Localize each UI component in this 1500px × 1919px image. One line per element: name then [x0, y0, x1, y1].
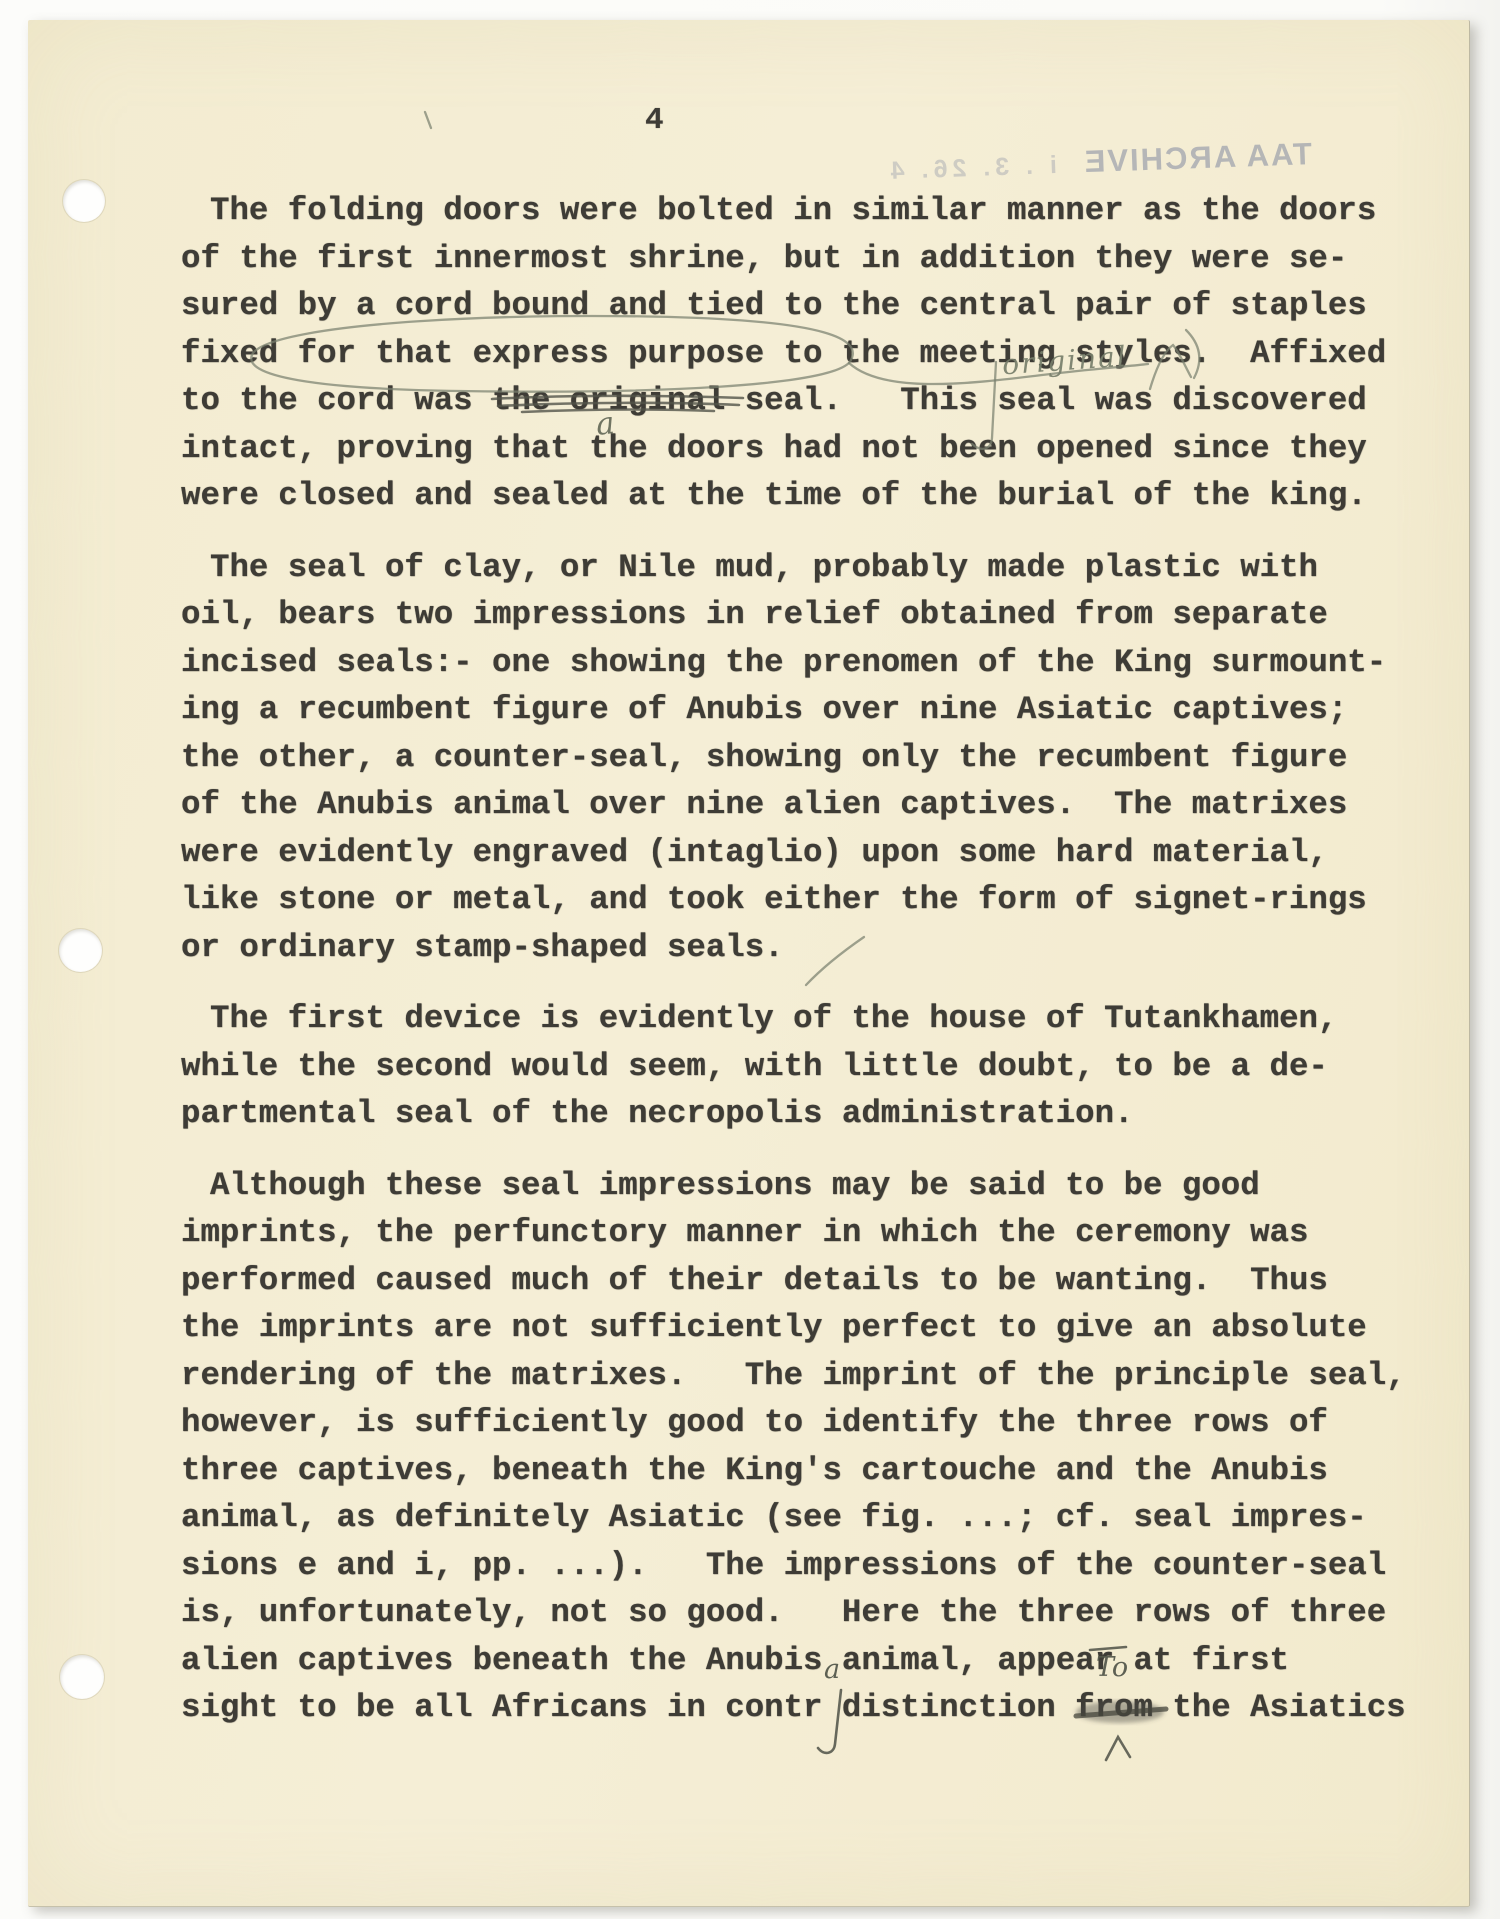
text-line: or ordinary stamp-shaped seals. [181, 924, 1406, 972]
text-line: were evidently engraved (intaglio) upon … [181, 829, 1406, 877]
text-line: incised seals:- one showing the prenomen… [181, 639, 1406, 687]
text-line: performed caused much of their details t… [181, 1257, 1406, 1305]
stamp-number: i . 3. 26. 4 [885, 151, 1057, 185]
stamp-archive-text: TAA ARCHIVE [1082, 136, 1312, 179]
text-line: ing a recumbent figure of Anubis over ni… [181, 686, 1406, 734]
text-line: Although these seal impressions may be s… [181, 1162, 1406, 1210]
text-line: while the second would seem, with little… [181, 1043, 1406, 1091]
text-line: rendering of the matrixes. The imprint o… [181, 1352, 1406, 1400]
text-line: The seal of clay, or Nile mud, probably … [181, 544, 1406, 592]
handwritten-to-replacement: To [1096, 1652, 1128, 1683]
text-line: The folding doors were bolted in similar… [181, 187, 1406, 235]
text-line: however, is sufficiently good to identif… [181, 1399, 1406, 1447]
text-line: like stone or metal, and took either the… [181, 876, 1406, 924]
text-line: alien captives beneath the Anubis animal… [181, 1637, 1406, 1685]
paragraph: The seal of clay, or Nile mud, probably … [181, 544, 1406, 972]
text-line: is, unfortunately, not so good. Here the… [181, 1589, 1406, 1637]
text-line: the imprints are not sufficiently perfec… [181, 1304, 1406, 1352]
text-line: the other, a counter-seal, showing only … [181, 734, 1406, 782]
text-line: imprints, the perfunctory manner in whic… [181, 1209, 1406, 1257]
text-line: three captives, beneath the King's carto… [181, 1447, 1406, 1495]
text-line: partmental seal of the necropolis admini… [181, 1090, 1406, 1138]
text-line: to the cord was the original seal. This … [181, 377, 1406, 425]
text-line: sured by a cord bound and tied to the ce… [181, 282, 1406, 330]
text-line: animal, as definitely Asiatic (see fig. … [181, 1494, 1406, 1542]
typescript-text: The folding doors were bolted in similar… [181, 187, 1406, 1732]
punch-hole-top [63, 180, 105, 222]
text-line: of the Anubis animal over nine alien cap… [181, 781, 1406, 829]
text-line: oil, bears two impressions in relief obt… [181, 591, 1406, 639]
paragraph: The folding doors were bolted in similar… [181, 187, 1406, 520]
page-number: 4 [645, 103, 664, 138]
punch-hole-middle [59, 929, 102, 972]
scanned-typescript-page: 4 TAA ARCHIVEi . 3. 26. 4 The folding do… [0, 0, 1500, 1919]
handwritten-a-contradistinction: a [824, 1654, 840, 1685]
paragraph: The first device is evidently of the hou… [181, 995, 1406, 1138]
punch-hole-bottom [60, 1655, 104, 1699]
text-line: of the first innermost shrine, but in ad… [181, 235, 1406, 283]
paragraph: Although these seal impressions may be s… [181, 1162, 1406, 1732]
handwritten-a-insertion: a [594, 405, 616, 443]
text-line: sions e and i, pp. ...). The impressions… [181, 1542, 1406, 1590]
text-line: The first device is evidently of the hou… [181, 995, 1406, 1043]
text-line: were closed and sealed at the time of th… [181, 472, 1406, 520]
text-line: sight to be all Africans in contr distin… [181, 1684, 1406, 1732]
text-line: fixed for that express purpose to the me… [181, 330, 1406, 378]
text-line: intact, proving that the doors had not b… [181, 425, 1406, 473]
